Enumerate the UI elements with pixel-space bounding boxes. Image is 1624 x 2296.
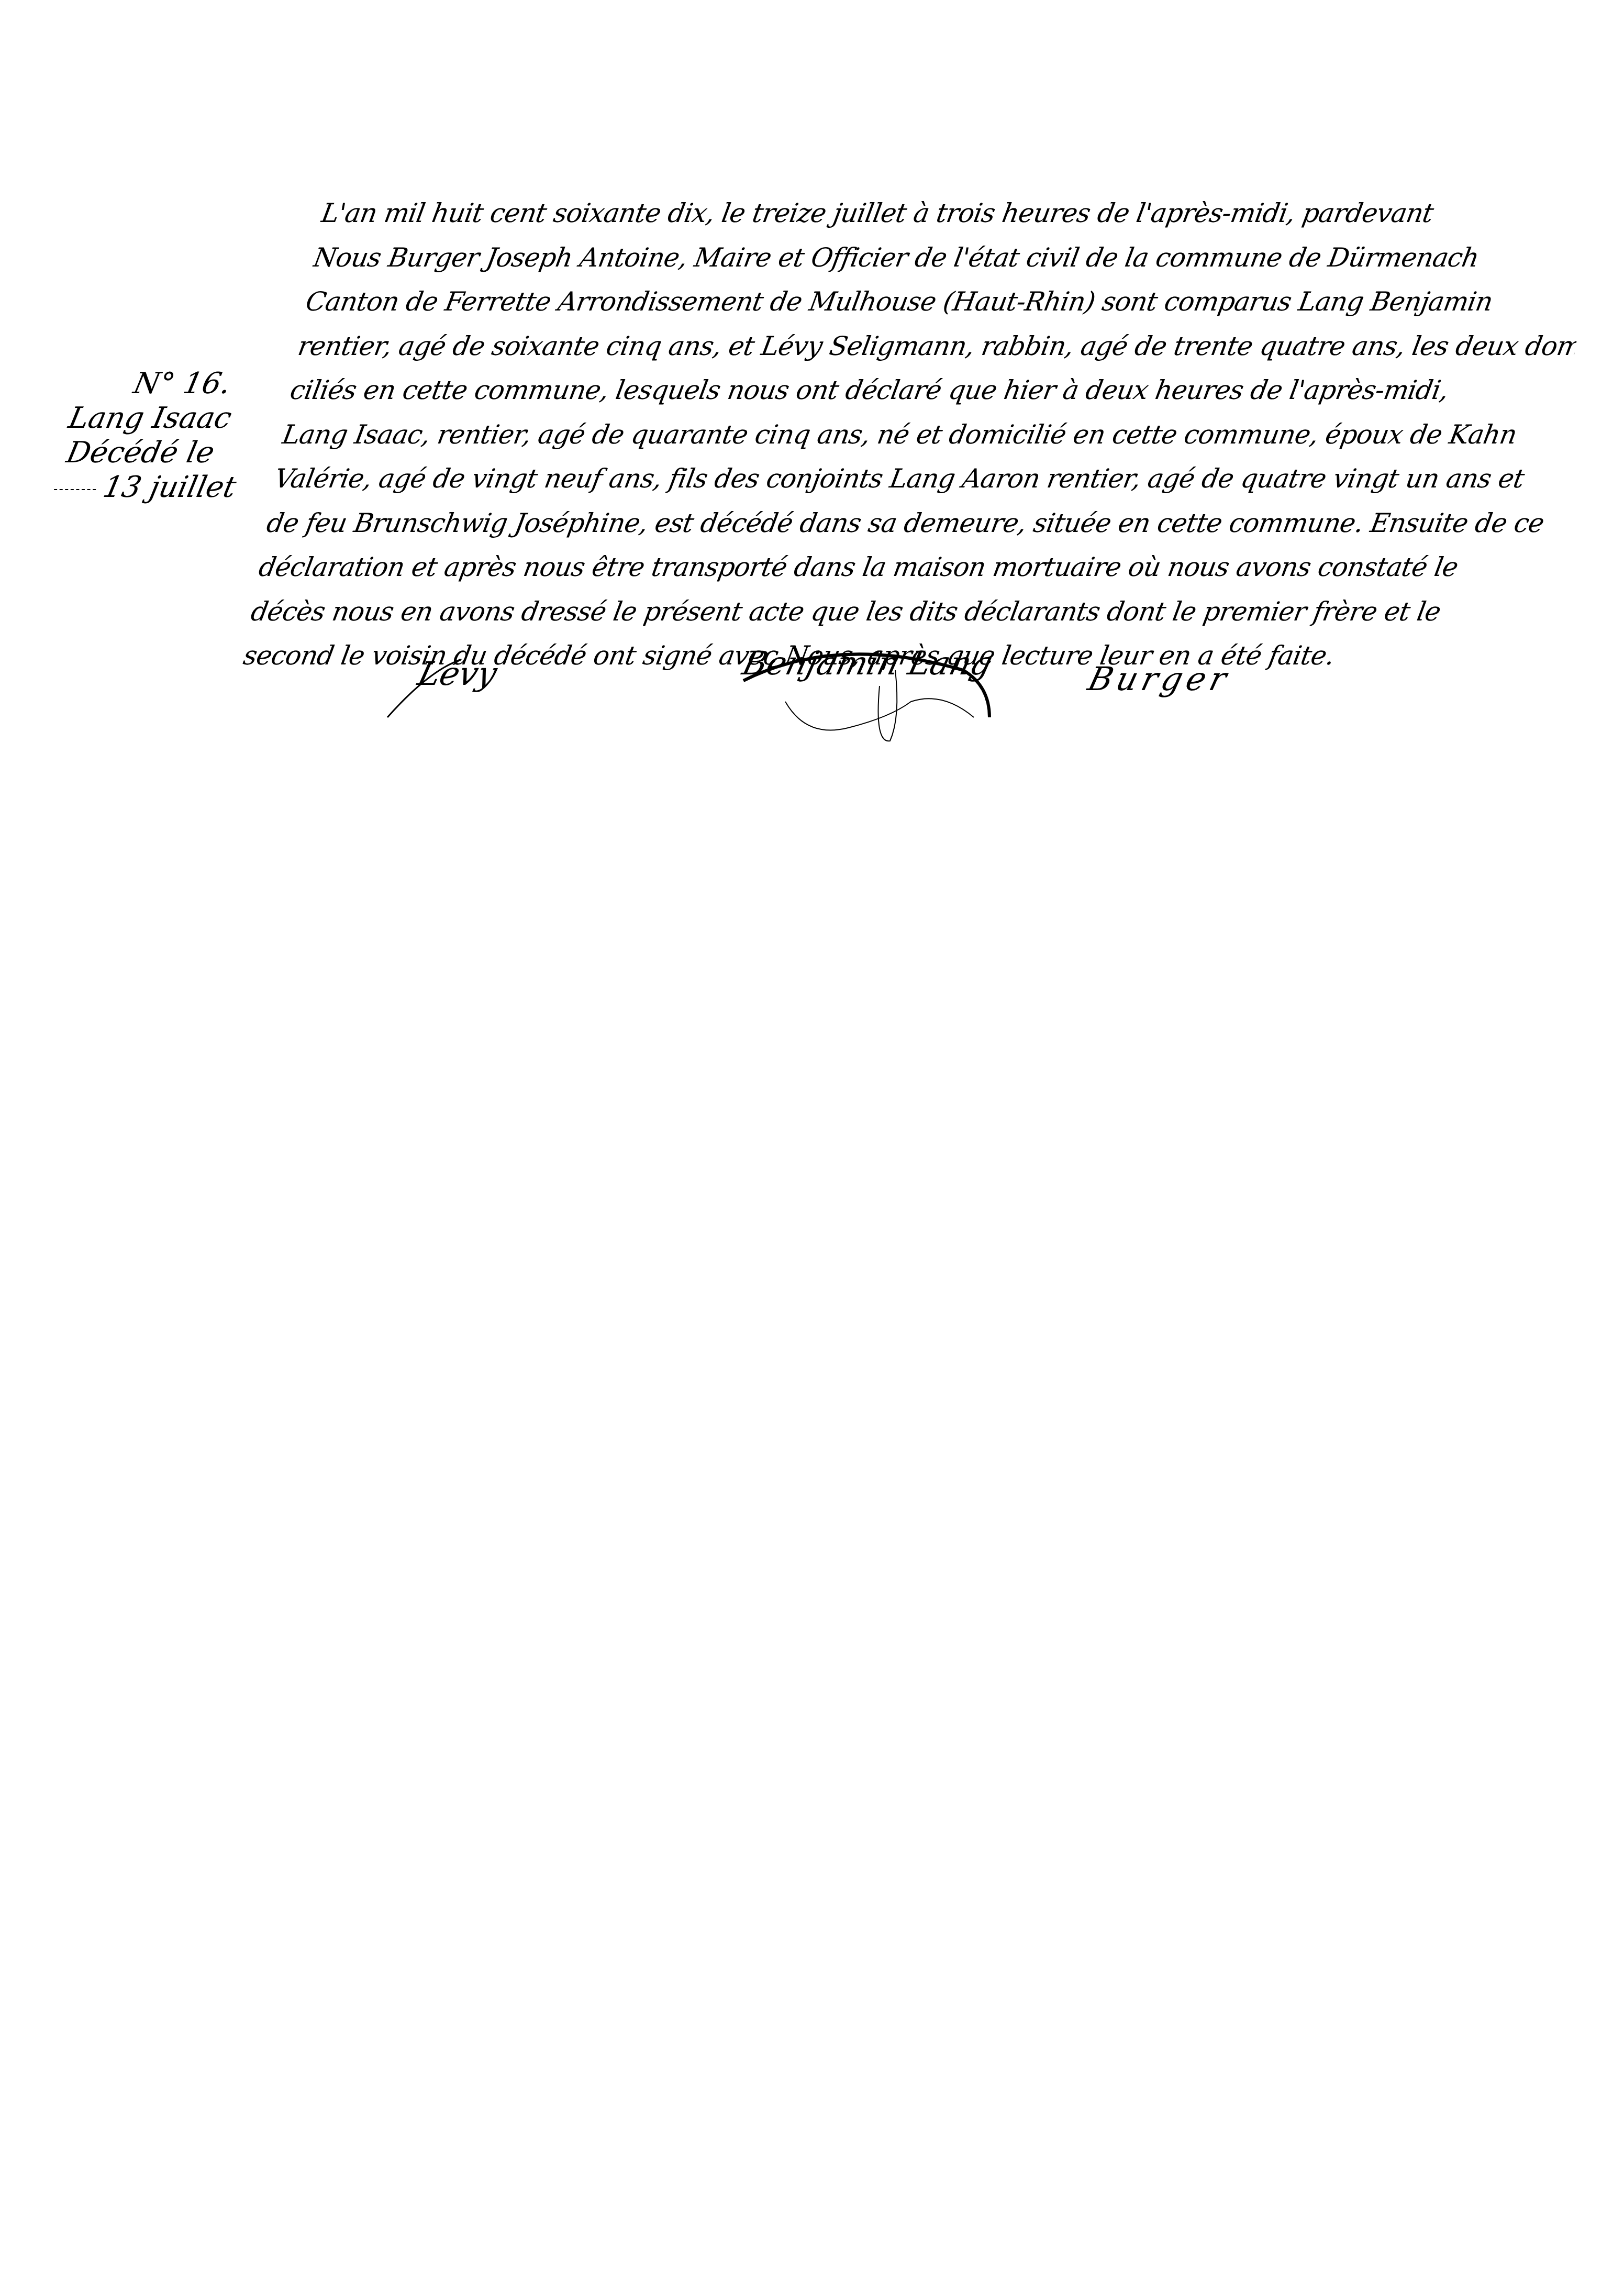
body-line: rentier, agé de soixante cinq ans, et Lé… [294, 324, 1579, 369]
signature-levy: Lévy [414, 655, 501, 693]
body-line: Nous Burger Joseph Antoine, Maire et Off… [310, 236, 1595, 280]
deceased-name: Lang Isaac [65, 401, 261, 436]
body-line: Valérie, agé de vingt neuf ans, fils des… [271, 457, 1556, 501]
document-page: N° 16. Lang Isaac Décédé le 13 juillet L… [0, 0, 1624, 2296]
body-line: Canton de Ferrette Arrondissement de Mul… [302, 280, 1587, 324]
body-line: décès nous en avons dressé le présent ac… [248, 590, 1533, 634]
margin-note: N° 16. Lang Isaac Décédé le 13 juillet [51, 367, 269, 505]
body-line: de feu Brunschwig Joséphine, est décédé … [263, 501, 1549, 546]
record-number: N° 16. [73, 367, 269, 401]
body-line: ciliés en cette commune, lesquels nous o… [286, 368, 1572, 413]
body-line: Lang Isaac, rentier, agé de quarante cin… [279, 413, 1564, 457]
death-status: Décédé le [58, 436, 254, 470]
body-line: L'an mil huit cent soixante dix, le trei… [318, 191, 1603, 236]
signature-block: Lévy Benjamin Lang Burger [366, 639, 1414, 733]
death-date: 13 juillet [51, 470, 247, 505]
signature-mayor: Burger [1084, 660, 1234, 698]
body-line: déclaration et après nous être transport… [255, 545, 1541, 590]
signature-benjamin-lang: Benjamin Lang [739, 644, 997, 682]
record-body: L'an mil huit cent soixante dix, le trei… [240, 191, 1603, 678]
